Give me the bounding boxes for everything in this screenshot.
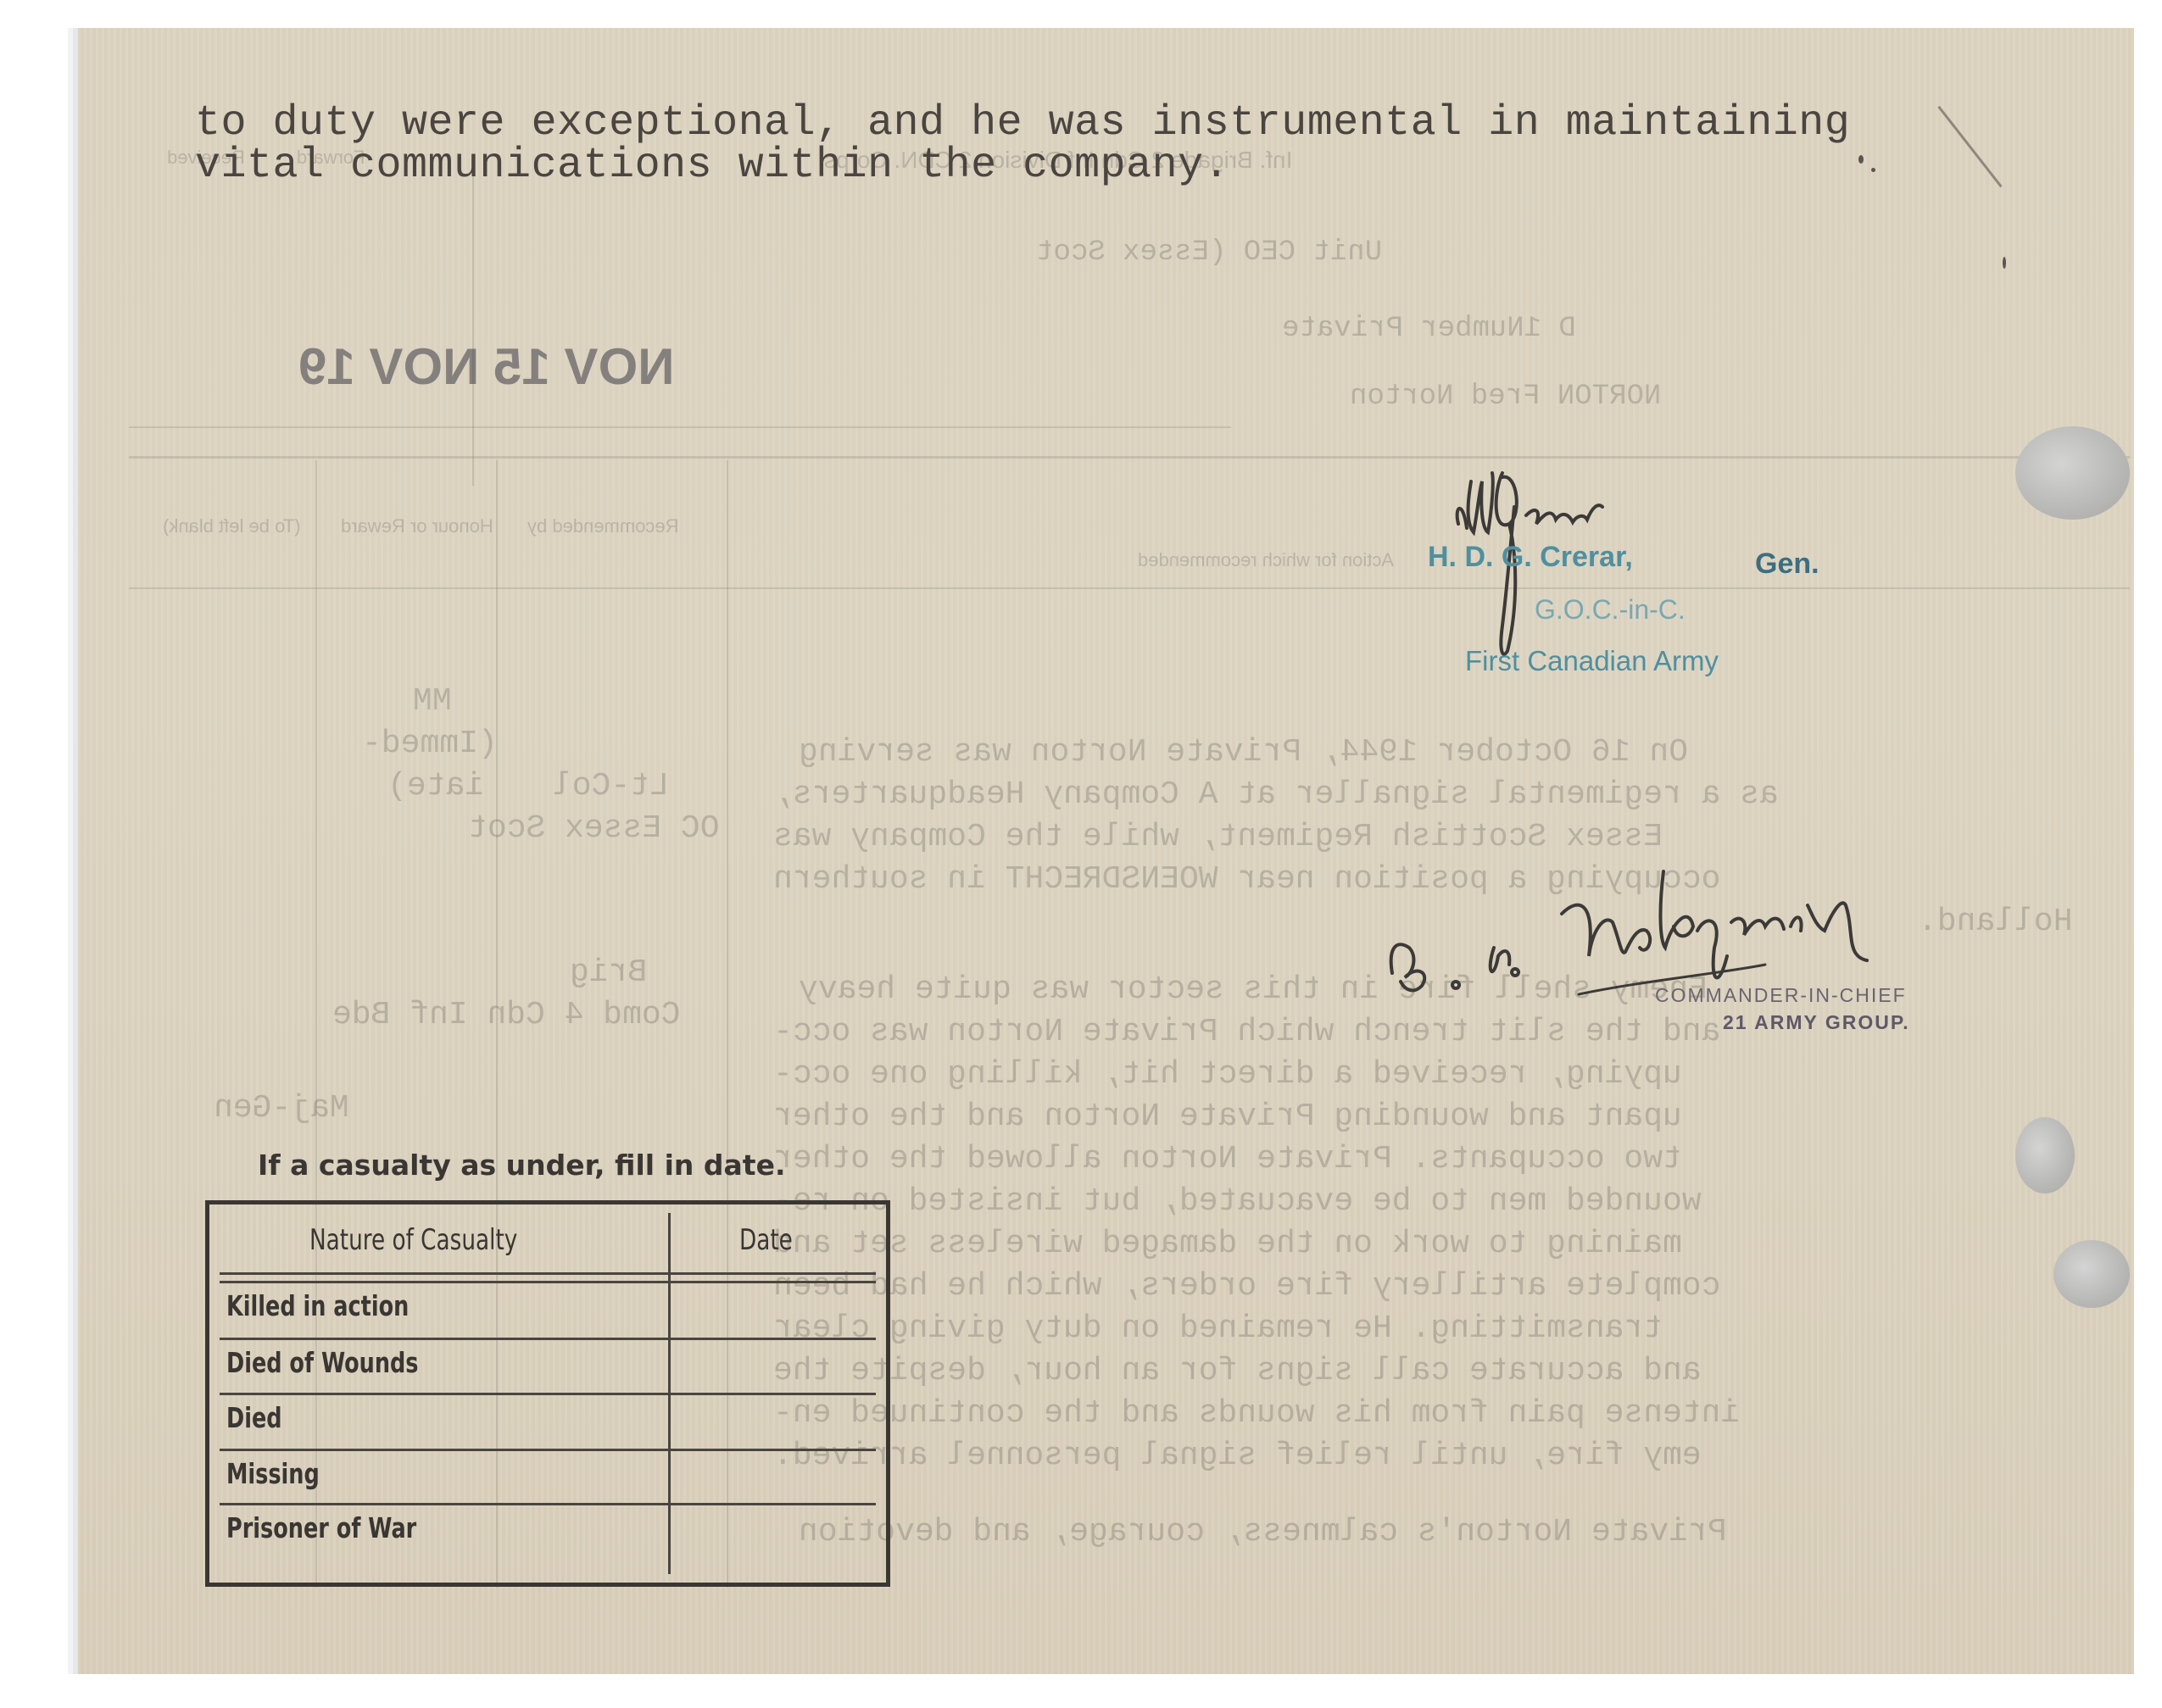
row-rule — [220, 1503, 876, 1505]
bleed-col-header-honour: Honour or Reward — [341, 515, 493, 537]
typed-line-1: to duty were exceptional, and he was ins… — [195, 99, 1850, 147]
bleed-dotted-rule — [129, 426, 1231, 428]
bleed-narrative-11: maining to work on the damaged wireless … — [773, 1223, 1682, 1266]
bleed-col-header-recommended: Recommended by — [527, 515, 679, 537]
row-died-of-wounds: Died of Wounds — [226, 1346, 419, 1379]
bleed-narrative-8: upant and wounding Private Norton and th… — [773, 1096, 1682, 1138]
bleed-name-line: NORTON Fred Norton — [1350, 376, 1661, 418]
typed-citation-text: to duty were exceptional, and he was ins… — [195, 103, 1850, 187]
punch-hole — [2015, 426, 2130, 520]
row-killed-in-action: Killed in action — [226, 1289, 409, 1322]
bleed-left-4: OC Essex Scot — [468, 808, 719, 850]
bleed-narrative-7: upying, received a direct hit, killing o… — [773, 1054, 1682, 1096]
bleed-col-header-action: Action for which recommended — [1138, 549, 1394, 571]
bleed-left-0: MM — [413, 681, 452, 723]
montgomery-title: COMMANDER-IN-CHIEF — [1655, 984, 1907, 1007]
row-rule — [220, 1449, 876, 1451]
crerar-title: G.O.C.-in-C. — [1535, 594, 1686, 626]
bleed-narrative-17: Private Norton's calmness, courage, and … — [799, 1511, 1727, 1554]
bleed-left-3: Lt-Col — [553, 765, 669, 808]
bleed-left-1: (Immed- — [362, 723, 498, 765]
row-died: Died — [226, 1401, 282, 1434]
header-date: Date — [739, 1223, 793, 1257]
ink-mark — [1871, 168, 1875, 172]
bleed-unit-line: Unit CEO (Essex Scot — [1036, 231, 1382, 274]
ink-mark — [1858, 155, 1864, 164]
bleed-narrative-9: two occupants. Private Norton allowed th… — [773, 1138, 1682, 1181]
punch-hole — [2053, 1240, 2130, 1308]
casualty-caption: If a casualty as under, fill in date. — [258, 1149, 786, 1182]
document-page: Forward Received Inf. Brigade 2 Cdn Inf … — [78, 28, 2134, 1674]
bleed-narrative-14: and accurate call signs for an hour, des… — [773, 1350, 1702, 1393]
header-nature-of-casualty: Nature of Casualty — [309, 1223, 517, 1257]
crerar-name: H. D. G. Crerar, — [1428, 541, 1633, 574]
bleed-narrative-0: On 16 October 1944, Private Norton was s… — [799, 732, 1688, 774]
bleed-narrative-10: wounded men to be evacuated, but insiste… — [773, 1181, 1702, 1223]
bleed-column-divider — [472, 164, 474, 486]
bleed-narrative-13: transmitting. He remained on duty giving… — [773, 1308, 1663, 1350]
row-rule — [220, 1338, 876, 1340]
bleed-narrative-16: emy fire, until relief signal personnel … — [773, 1435, 1702, 1477]
row-rule — [220, 1393, 876, 1395]
bleed-left-5: Brig — [570, 952, 647, 994]
bleed-left-2: iate) — [387, 765, 484, 808]
bleed-rank-line: D 1Number Private — [1282, 308, 1576, 350]
casualty-table: Nature of Casualty Date Killed in action… — [205, 1200, 890, 1587]
header-rule-1 — [220, 1272, 876, 1275]
row-missing: Missing — [226, 1457, 320, 1490]
row-prisoner-of-war: Prisoner of War — [226, 1511, 416, 1544]
montgomery-command: 21 ARMY GROUP. — [1723, 1011, 1910, 1034]
bleed-left-7: Maj-Gen — [214, 1088, 349, 1130]
crerar-command: First Canadian Army — [1465, 645, 1719, 677]
bleed-narrative-15: intense pain from his wounds and the con… — [773, 1393, 1740, 1435]
bleed-narrative-1: as a regimental signaller at A Company H… — [773, 774, 1779, 816]
bleed-narrative-2: Essex Scottish Regiment, while the Compa… — [773, 816, 1663, 859]
pencil-stroke — [1937, 106, 2002, 187]
bleed-table-header-rule — [129, 587, 2130, 589]
ink-mark — [2003, 257, 2006, 269]
bleed-left-6: Comd 4 Cdn Inf Bde — [332, 994, 680, 1037]
bleed-narrative-12: complete artillery fire orders, which he… — [773, 1266, 1720, 1308]
bleed-col-header-blank: (To be left blank) — [163, 515, 301, 537]
bleed-table-top-rule — [129, 456, 2130, 459]
punch-hole — [2015, 1117, 2075, 1193]
crerar-rank: Gen. — [1755, 548, 1819, 581]
bleed-date-stamp: NOV 15 NOV 19 — [298, 346, 675, 388]
header-rule-2 — [220, 1281, 876, 1283]
typed-line-2: vital communications within the company. — [195, 142, 1229, 190]
